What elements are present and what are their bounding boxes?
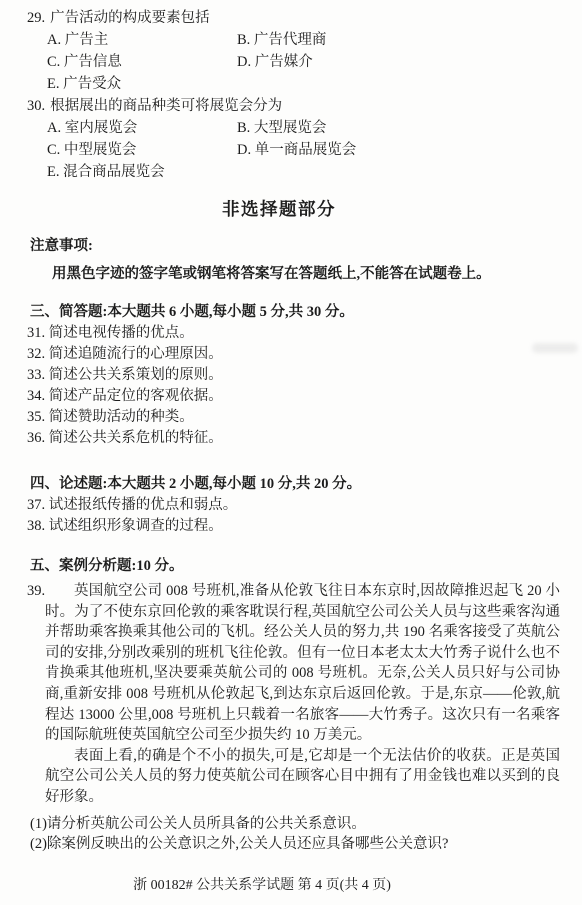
case-sub-questions: (1)请分析英航公司公关人员所具备的公共关系意识。 (2)除案例反映出的公关意识…: [30, 814, 560, 855]
option-a: A. 广告主: [47, 29, 237, 51]
option-c: C. 广告信息: [47, 51, 237, 73]
question-35: 35. 简述赞助活动的种类。: [27, 407, 582, 428]
question-29-number: 29.: [27, 7, 45, 29]
question-33: 33. 简述公共关系策划的原则。: [27, 365, 582, 386]
case-analysis-heading: 五、案例分析题:10 分。: [30, 556, 582, 577]
multiple-choice-section: 29. 广告活动的构成要素包括 A. 广告主 B. 广告代理商 C. 广告信息 …: [0, 0, 582, 183]
option-b: B. 广告代理商: [237, 29, 564, 51]
option-b: B. 大型展览会: [237, 117, 564, 139]
exam-paper-page: 29. 广告活动的构成要素包括 A. 广告主 B. 广告代理商 C. 广告信息 …: [0, 0, 582, 905]
question-30-stem: 根据展出的商品种类可将展览会分为: [50, 95, 282, 117]
question-29-options: A. 广告主 B. 广告代理商 C. 广告信息 D. 广告媒介 E. 广告受众: [47, 29, 564, 95]
option-d: D. 广告媒介: [237, 51, 564, 73]
short-answer-heading: 三、简答题:本大题共 6 小题,每小题 5 分,共 30 分。: [30, 302, 582, 323]
question-39: 39. 英国航空公司 008 号班机,准备从伦敦飞往日本东京时,因故障推迟起飞 …: [45, 581, 560, 808]
question-29-stem: 广告活动的构成要素包括: [50, 7, 210, 29]
short-answer-items: 31. 简述电视传播的优点。 32. 简述追随流行的心理原因。 33. 简述公共…: [27, 323, 582, 449]
case-paragraph-2: 表面上看,的确是个不小的损失,可是,它却是一个无法估价的收获。正是英国航空公司公…: [45, 746, 560, 808]
question-32: 32. 简述追随流行的心理原因。: [27, 344, 582, 365]
question-34: 34. 简述产品定位的客观依据。: [27, 386, 582, 407]
scan-artifact: [532, 343, 578, 353]
page-footer: 浙 00182# 公共关系学试题 第 4 页(共 4 页): [0, 875, 582, 897]
notice-heading: 注意事项:: [30, 235, 582, 257]
option-d: D. 单一商品展览会: [237, 139, 564, 161]
notice-body: 用黑色字迹的签字笔或钢笔将答案写在答题纸上,不能答在试题卷上。: [52, 263, 560, 285]
case-paragraph-1: 英国航空公司 008 号班机,准备从伦敦飞往日本东京时,因故障推迟起飞 20 小…: [45, 581, 560, 746]
option-e: E. 广告受众: [47, 73, 237, 95]
question-30: 30. 根据展出的商品种类可将展览会分为 A. 室内展览会 B. 大型展览会 C…: [27, 95, 564, 183]
section-title-non-choice: 非选择题部分: [0, 197, 582, 221]
essay-items: 37. 试述报纸传播的优点和弱点。 38. 试述组织形象调查的过程。: [27, 495, 582, 537]
case-sub-question-1: (1)请分析英航公司公关人员所具备的公共关系意识。: [30, 814, 560, 835]
option-a: A. 室内展览会: [47, 117, 237, 139]
case-sub-question-2: (2)除案例反映出的公关意识之外,公关人员还应具备哪些公关意识?: [30, 834, 560, 855]
question-31: 31. 简述电视传播的优点。: [27, 323, 582, 344]
essay-heading: 四、论述题:本大题共 2 小题,每小题 10 分,共 20 分。: [30, 474, 582, 495]
question-30-options: A. 室内展览会 B. 大型展览会 C. 中型展览会 D. 单一商品展览会 E.…: [47, 117, 564, 183]
question-30-number: 30.: [27, 95, 45, 117]
option-c: C. 中型展览会: [47, 139, 237, 161]
question-37: 37. 试述报纸传播的优点和弱点。: [27, 495, 582, 516]
question-29: 29. 广告活动的构成要素包括 A. 广告主 B. 广告代理商 C. 广告信息 …: [27, 7, 564, 95]
option-e: E. 混合商品展览会: [47, 161, 237, 183]
question-38: 38. 试述组织形象调查的过程。: [27, 516, 582, 537]
question-36: 36. 简述公共关系危机的特征。: [27, 428, 582, 449]
question-39-number: 39.: [27, 581, 45, 602]
